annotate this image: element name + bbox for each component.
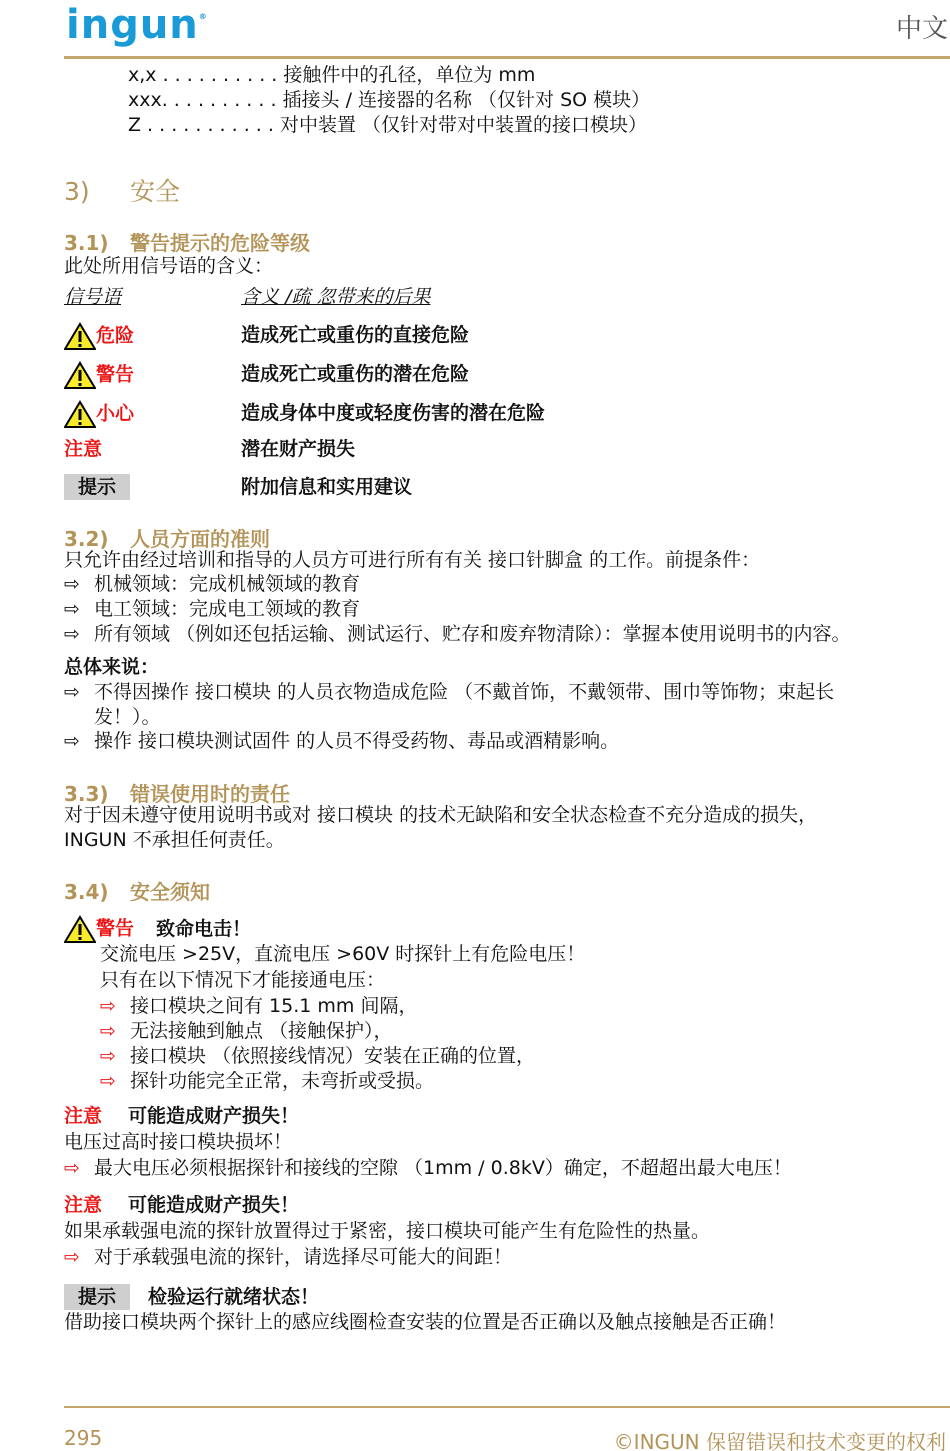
- bullet-text: 接口模块之间有 15.1 mm 间隔，: [130, 995, 417, 1017]
- intro-text: 此处所用信号语的含义：: [64, 254, 273, 279]
- bullet-item: ⇨接口模块之间有 15.1 mm 间隔，: [100, 994, 417, 1019]
- notice-header: 注意可能造成财产损失！: [64, 1104, 299, 1129]
- registered-mark: ®: [199, 12, 208, 21]
- bullet-item: ⇨对于承载强电流的探针，请选择尽可能大的间距！: [64, 1245, 512, 1270]
- legend-code: xxx. . . . . . . . . .: [128, 89, 276, 111]
- arrow-icon: ⇨: [100, 1069, 130, 1094]
- signal-row-warning: 警告: [64, 361, 134, 389]
- bullet-text: 对于承载强电流的探针，请选择尽可能大的间距！: [94, 1246, 512, 1268]
- section-title: 警告提示的危险等级: [130, 231, 310, 255]
- legend-code: x,x . . . . . . . . . .: [128, 64, 277, 86]
- signal-meaning: 附加信息和实用建议: [241, 475, 412, 500]
- signal-word: 注意: [64, 1105, 102, 1127]
- tip-header: 提示检验运行就绪状态！: [64, 1284, 319, 1310]
- bullet-item: ⇨无法接触到触点 （接触保护），: [100, 1019, 393, 1044]
- bullet-item: ⇨所有领域 （例如还包括运输、测试运行、贮存和废弃物清除）：掌握本使用说明书的内…: [64, 622, 851, 647]
- bullet-continuation: 发！）。: [94, 705, 161, 730]
- notice-headline: 可能造成财产损失！: [128, 1194, 299, 1216]
- section-title: 安全须知: [130, 880, 210, 904]
- bullet-item: ⇨机械领域：完成机械领域的教育: [64, 572, 360, 597]
- signal-row-caution: 小心: [64, 400, 134, 428]
- bullet-text: 最大电压必须根据探针和接线的空隙 （1mm / 0.8kV）确定，不超超出最大电…: [94, 1157, 792, 1179]
- bullet-item: ⇨不得因操作 接口模块 的人员衣物造成危险 （不戴首饰，不戴领带、围巾等饰物；束…: [64, 680, 834, 705]
- arrow-icon: ⇨: [64, 622, 94, 647]
- general-label: 总体来说：: [64, 655, 159, 680]
- arrow-icon: ⇨: [64, 597, 94, 622]
- tip-badge: 提示: [64, 1284, 130, 1310]
- warning-headline: 致命电击！: [156, 918, 251, 940]
- bullet-text: 不得因操作 接口模块 的人员衣物造成危险 （不戴首饰，不戴领带、围巾等饰物；束起…: [94, 681, 834, 703]
- language-label: 中文: [896, 8, 948, 45]
- section-number: 3.1): [64, 231, 130, 255]
- signal-word: 注意: [64, 1194, 102, 1216]
- body-text: 借助接口模块两个探针上的感应线圈检查安装的位置是否正确以及触点接触是否正确！: [64, 1310, 786, 1335]
- copyright-notice: ©INGUN 保留错误和技术变更的权利: [614, 1426, 946, 1451]
- warning-triangle-icon: [64, 400, 96, 428]
- bullet-item: ⇨操作 接口模块测试固件 的人员不得受药物、毒品或酒精影响。: [64, 729, 619, 754]
- legend-code: Z . . . . . . . . . . .: [128, 114, 274, 136]
- legend-item: x,x . . . . . . . . . . 接触件中的孔径，单位为 mm: [128, 63, 535, 88]
- bullet-item: ⇨电工领域：完成电工领域的教育: [64, 597, 360, 622]
- signal-meaning: 造成身体中度或轻度伤害的潜在危险: [241, 401, 545, 426]
- bullet-text: 电工领域：完成电工领域的教育: [94, 598, 360, 620]
- arrow-icon: ⇨: [100, 1019, 130, 1044]
- arrow-icon: ⇨: [64, 680, 94, 705]
- legend-item: xxx. . . . . . . . . . 插接头 / 连接器的名称 （仅针对…: [128, 88, 650, 113]
- bullet-text: 所有领域 （例如还包括运输、测试运行、贮存和废弃物清除）：掌握本使用说明书的内容…: [94, 623, 851, 645]
- body-text: 电压过高时接口模块损坏！: [64, 1130, 292, 1155]
- notice-headline: 可能造成财产损失！: [128, 1105, 299, 1127]
- legend-desc: 插接头 / 连接器的名称 （仅针对 SO 模块）: [283, 89, 651, 111]
- legend-desc: 对中装置 （仅针对带对中装置的接口模块）: [280, 114, 647, 136]
- signal-word: 危险: [96, 325, 134, 347]
- header-rule: [64, 56, 950, 59]
- signal-row-tip: 提示: [64, 474, 130, 500]
- body-text: 只有在以下情况下才能接通电压：: [100, 968, 385, 993]
- body-text: 只允许由经过培训和指导的人员方可进行所有有关 接口针脚盒 的工作。前提条件：: [64, 548, 760, 573]
- signal-meaning: 潜在财产损失: [241, 437, 355, 462]
- bullet-text: 无法接触到触点 （接触保护），: [130, 1020, 393, 1042]
- body-text: 如果承载强电流的探针放置得过于紧密，接口模块可能产生有危险性的热量。: [64, 1219, 710, 1244]
- arrow-icon: ⇨: [100, 994, 130, 1019]
- body-text: 对于因未遵守使用说明书或对 接口模块 的技术无缺陷和安全状态检查不充分造成的损失…: [64, 803, 817, 828]
- warning-triangle-icon: [64, 322, 96, 350]
- signal-row-danger: 危险: [64, 322, 134, 350]
- tip-headline: 检验运行就绪状态！: [148, 1286, 319, 1308]
- section-number: 3.4): [64, 880, 130, 904]
- column-header-meaning: 含义 /疏 忽带来的后果: [241, 285, 430, 310]
- arrow-icon: ⇨: [64, 1156, 94, 1181]
- section-heading-3: 3)安全: [64, 172, 180, 208]
- signal-word: 警告: [96, 918, 134, 940]
- bullet-item: ⇨接口模块 （依照接线情况）安装在正确的位置，: [100, 1044, 535, 1069]
- section-heading-3-1: 3.1)警告提示的危险等级: [64, 227, 310, 256]
- body-text: 交流电压 >25V，直流电压 >60V 时探针上有危险电压！: [100, 942, 585, 967]
- signal-meaning: 造成死亡或重伤的潜在危险: [241, 362, 469, 387]
- section-heading-3-4: 3.4)安全须知: [64, 876, 210, 905]
- signal-word: 警告: [96, 364, 134, 386]
- arrow-icon: ⇨: [64, 572, 94, 597]
- column-header-signal: 信号语: [64, 285, 121, 310]
- footer-rule: [64, 1406, 950, 1408]
- logo-text: ingun: [66, 2, 199, 48]
- bullet-text: 操作 接口模块测试固件 的人员不得受药物、毒品或酒精影响。: [94, 730, 619, 752]
- bullet-text: 探针功能完全正常，未弯折或受损。: [130, 1070, 434, 1092]
- body-text: INGUN 不承担任何责任。: [64, 828, 285, 853]
- arrow-icon: ⇨: [64, 1245, 94, 1270]
- bullet-item: ⇨最大电压必须根据探针和接线的空隙 （1mm / 0.8kV）确定，不超超出最大…: [64, 1156, 792, 1181]
- signal-meaning: 造成死亡或重伤的直接危险: [241, 323, 469, 348]
- bullet-text: 机械领域：完成机械领域的教育: [94, 573, 360, 595]
- legend-item: Z . . . . . . . . . . . 对中装置 （仅针对带对中装置的接…: [128, 113, 647, 138]
- arrow-icon: ⇨: [100, 1044, 130, 1069]
- warning-triangle-icon: [64, 361, 96, 389]
- section-title: 安全: [130, 177, 180, 206]
- legend-desc: 接触件中的孔径，单位为 mm: [283, 64, 535, 86]
- warning-header: 警告致命电击！: [64, 915, 251, 943]
- warning-triangle-icon: [64, 915, 96, 943]
- tip-badge: 提示: [64, 474, 130, 500]
- section-number: 3): [64, 177, 130, 206]
- notice-header: 注意可能造成财产损失！: [64, 1193, 299, 1218]
- bullet-text: 接口模块 （依照接线情况）安装在正确的位置，: [130, 1045, 535, 1067]
- page-number: 295: [64, 1426, 102, 1450]
- bullet-item: ⇨探针功能完全正常，未弯折或受损。: [100, 1069, 434, 1094]
- signal-word-notice: 注意: [64, 437, 102, 462]
- ingun-logo: ingun®: [66, 2, 208, 48]
- signal-word: 小心: [96, 403, 134, 425]
- arrow-icon: ⇨: [64, 729, 94, 754]
